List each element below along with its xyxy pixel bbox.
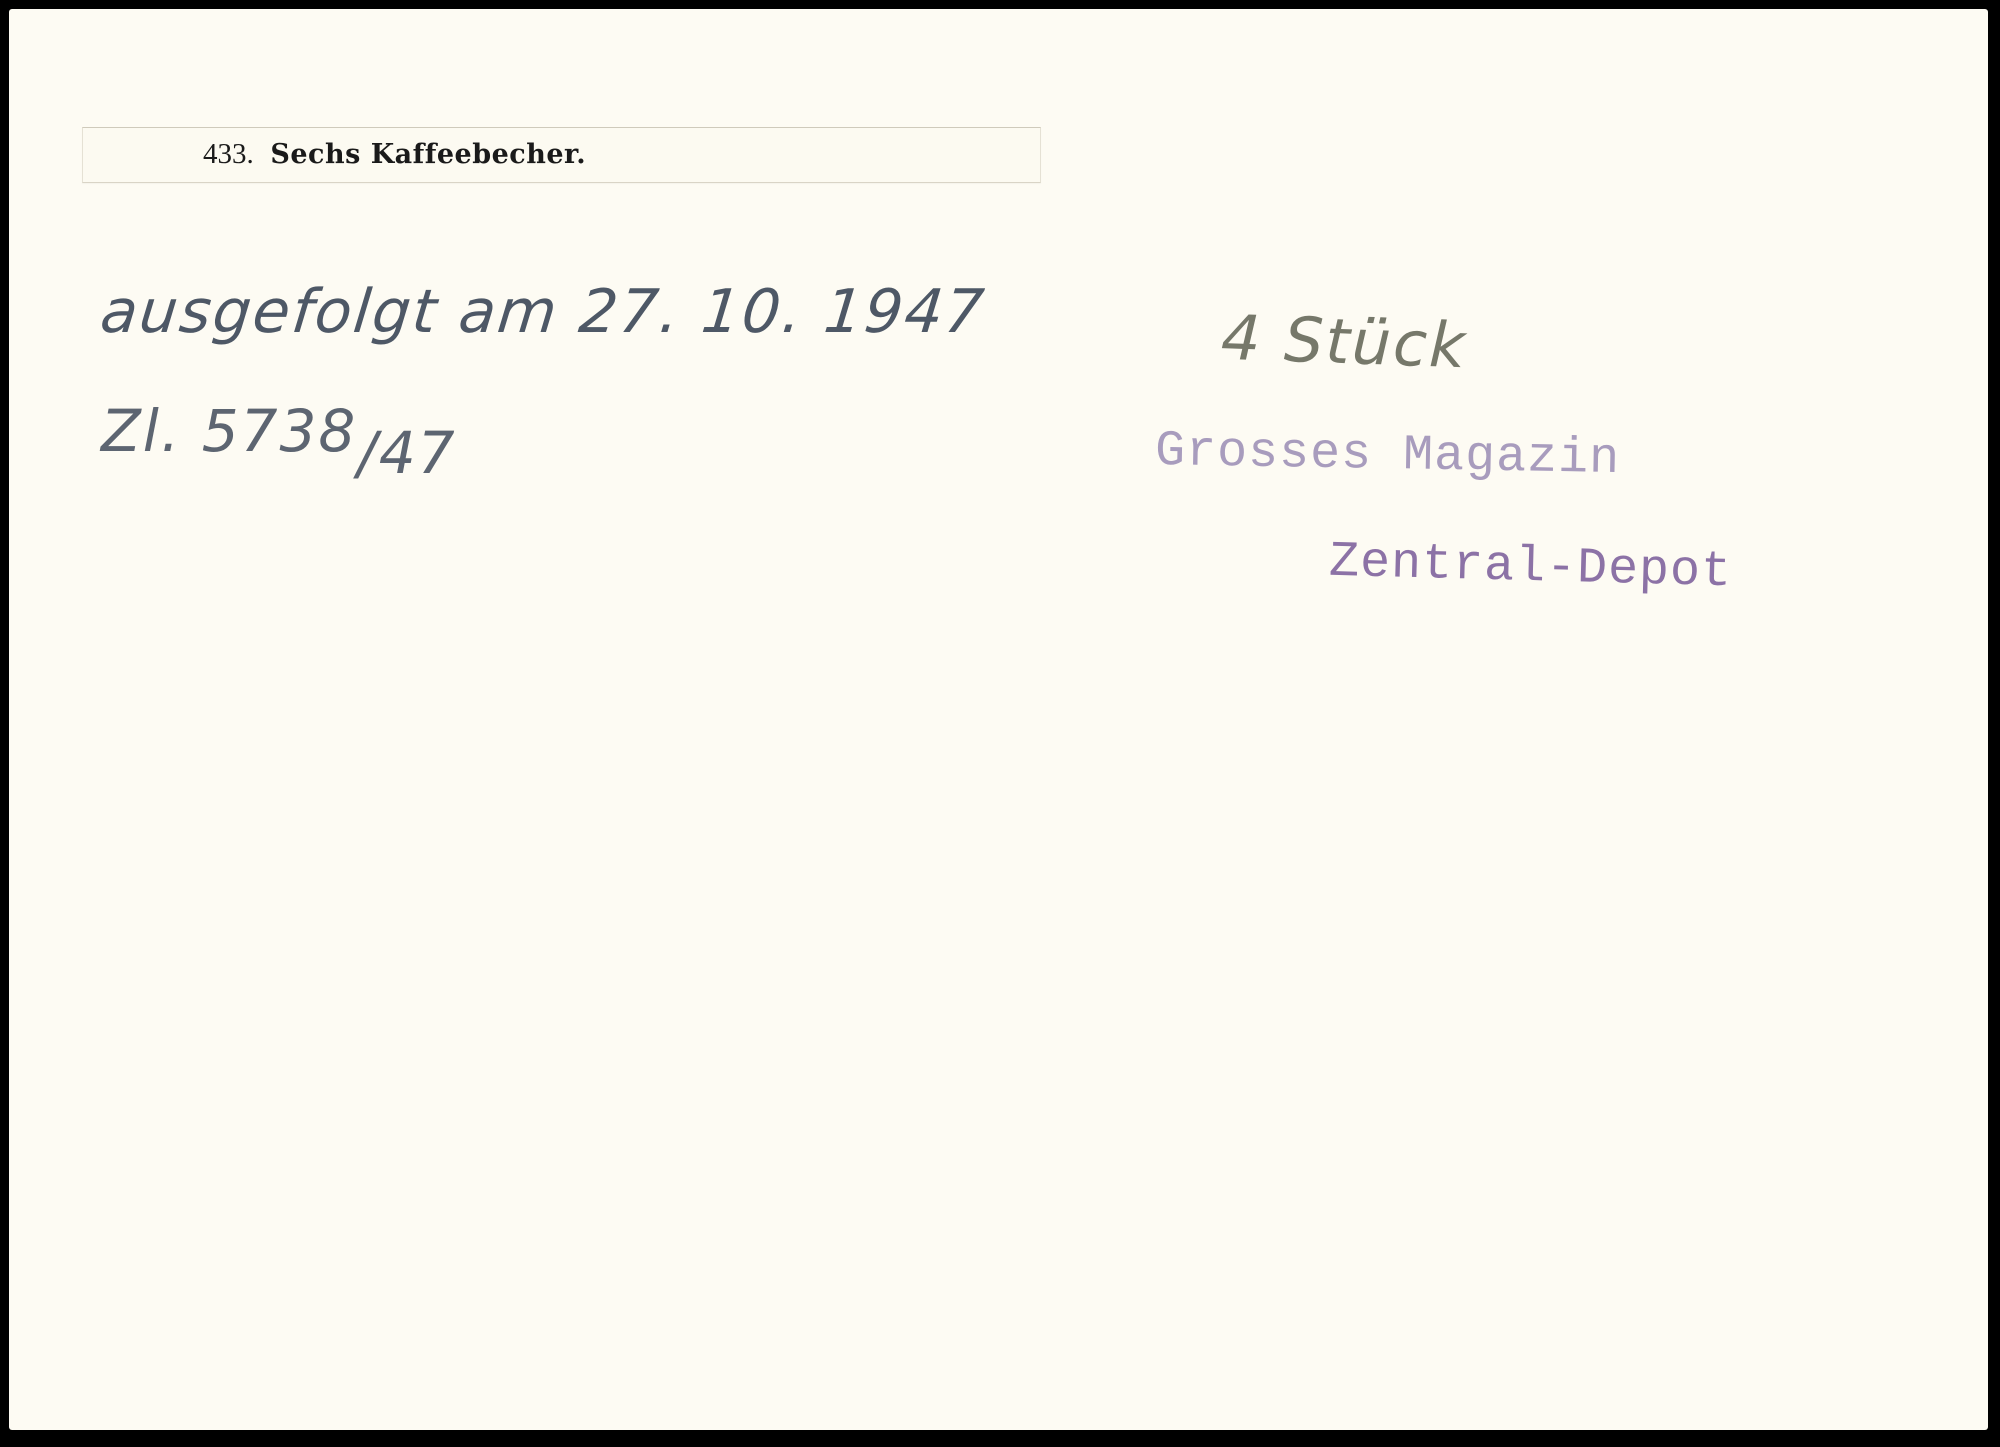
stamp-grosses-magazin: Grosses Magazin — [1155, 423, 1621, 488]
handwritten-reference-number: Zl. 5738/47 — [101, 397, 457, 465]
label-title: Sechs Kaffeebecher. — [270, 139, 586, 170]
reference-number-main: Zl. 5738 — [101, 397, 357, 465]
handwritten-release-date: ausgefolgt am 27. 10. 1947 — [97, 277, 989, 347]
label-text: 433. Sechs Kaffeebecher. — [203, 138, 586, 171]
stamp-zentral-depot: Zentral-Depot — [1328, 534, 1732, 602]
document-card: 433. Sechs Kaffeebecher. ausgefolgt am 2… — [9, 9, 1988, 1430]
pasted-label-strip: 433. Sechs Kaffeebecher. — [82, 127, 1041, 183]
label-number: 433. — [203, 138, 254, 170]
reference-number-year: /47 — [357, 419, 456, 487]
handwritten-quantity: 4 Stück — [1220, 301, 1469, 383]
